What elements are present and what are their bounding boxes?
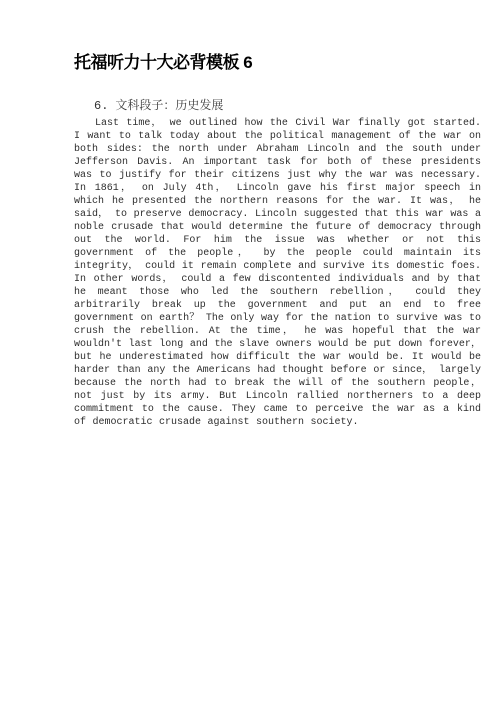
document-page: 托福听力十大必背模板 6 6.文科段子：历史发展 Last time， we o… — [0, 0, 496, 702]
section-number: 6. — [94, 99, 108, 113]
body-paragraph: Last time， we outlined how the Civil War… — [74, 117, 481, 429]
document-title: 托福听力十大必背模板 6 — [74, 52, 481, 74]
section-heading-text: 文科段子：历史发展 — [115, 98, 223, 112]
section-heading: 6.文科段子：历史发展 — [94, 98, 481, 113]
